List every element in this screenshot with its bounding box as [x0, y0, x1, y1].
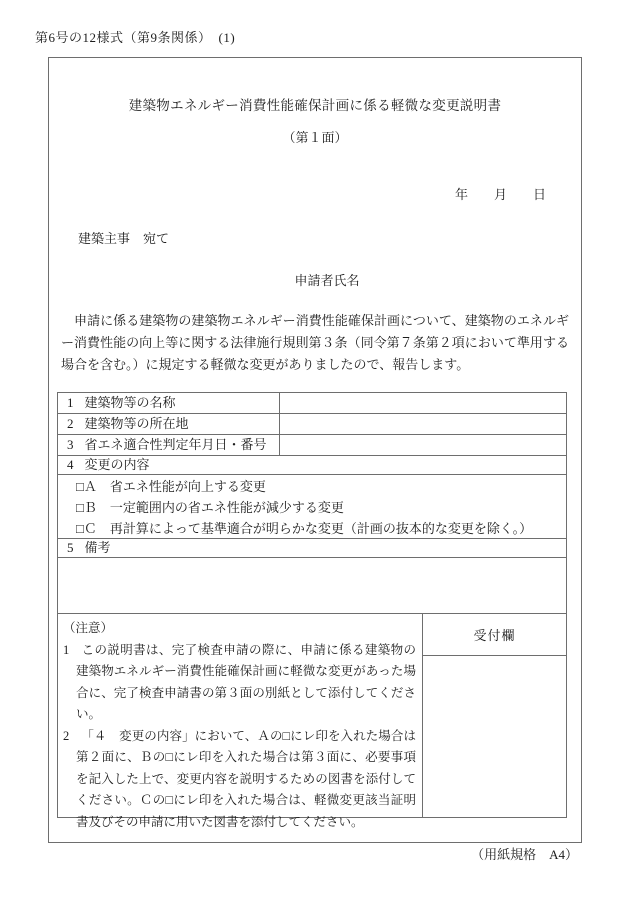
document-title: 建築物エネルギー消費性能確保計画に係る軽微な変更説明書 [49, 94, 581, 114]
checkbox-option-b[interactable]: □Ｂ一定範囲内の省エネ性能が減少する変更 [76, 497, 532, 518]
reception-label: 受付欄 [423, 614, 566, 656]
option-label: 省エネ性能が向上する変更 [110, 479, 266, 494]
table-row-building-location: 2建築物等の所在地 [58, 414, 566, 435]
notes-heading: （注意） [63, 618, 416, 640]
document-page: 第6号の12様式（第9条関係） (1) 建築物エネルギー消費性能確保計画に係る軽… [0, 0, 630, 903]
table-row-remarks-header: 5備考 [58, 539, 566, 558]
addressee-label: 建築主事 宛て [78, 228, 581, 247]
document-border: 建築物エネルギー消費性能確保計画に係る軽微な変更説明書 （第１面） 年 月 日 … [48, 57, 582, 843]
note-item-2: 2「４ 変更の内容」において、Ａの□にレ印を入れた場合は第２面に、Ｂの□にレ印を… [63, 726, 416, 834]
table-row-notes: （注意） 1この説明書は、完了検査申請の際に、申請に係る建築物の建築物エネルギー… [58, 614, 566, 817]
row-label-building-name: 1建築物等の名称 [58, 393, 280, 413]
row-label-text: 建築物等の名称 [85, 395, 176, 410]
paper-size-note: （用紙規格 A4） [471, 844, 578, 863]
note-text: この説明書は、完了検査申請の際に、申請に係る建築物の建築物エネルギー消費性能確保… [76, 643, 416, 722]
main-table: 1建築物等の名称 2建築物等の所在地 3省エネ適合性判定年月日・番号 4変更の内… [57, 392, 567, 818]
row-number: 4 [67, 456, 74, 474]
row-number: 3 [67, 435, 74, 455]
row-number: 2 [67, 414, 74, 434]
page-face-label: （第１面） [49, 127, 581, 146]
table-row-change-content-header: 4変更の内容 [58, 456, 566, 475]
row-label-text: 備考 [85, 540, 111, 555]
reception-stamp-area [423, 656, 566, 817]
applicant-name-label: 申請者氏名 [49, 270, 581, 289]
table-row-remarks-field [58, 558, 566, 614]
note-item-1: 1この説明書は、完了検査申請の際に、申請に係る建築物の建築物エネルギー消費性能確… [63, 640, 416, 726]
checkbox-icon[interactable]: □ [76, 500, 84, 515]
date-line: 年 月 日 [49, 184, 581, 203]
intro-paragraph: 申請に係る建築物の建築物エネルギー消費性能確保計画について、建築物のエネルギー消… [61, 310, 569, 376]
option-key: Ｂ [84, 500, 97, 515]
table-row-building-name: 1建築物等の名称 [58, 393, 566, 414]
building-location-field[interactable] [280, 414, 566, 434]
row-label-building-location: 2建築物等の所在地 [58, 414, 280, 434]
option-key: Ａ [84, 479, 97, 494]
judgement-date-number-field[interactable] [280, 435, 566, 455]
notes-cell: （注意） 1この説明書は、完了検査申請の際に、申請に係る建築物の建築物エネルギー… [58, 614, 423, 817]
remarks-header: 5備考 [58, 539, 111, 557]
row-number: 5 [67, 539, 74, 557]
option-label: 一定範囲内の省エネ性能が減少する変更 [110, 500, 344, 515]
option-key: Ｃ [84, 521, 97, 536]
table-row-judgement-date-number: 3省エネ適合性判定年月日・番号 [58, 435, 566, 456]
row-label-text: 省エネ適合性判定年月日・番号 [85, 437, 267, 452]
checkbox-icon[interactable]: □ [76, 479, 84, 494]
checkbox-option-a[interactable]: □Ａ省エネ性能が向上する変更 [76, 476, 532, 497]
change-options-block: □Ａ省エネ性能が向上する変更 □Ｂ一定範囲内の省エネ性能が減少する変更 □Ｃ再計… [58, 475, 566, 539]
row-label-text: 変更の内容 [85, 457, 150, 472]
reception-column: 受付欄 [423, 614, 566, 817]
option-label: 再計算によって基準適合が明らかな変更（計画の抜本的な変更を除く。） [110, 521, 532, 536]
note-number: 2 [63, 729, 69, 743]
row-label-judgement-date-number: 3省エネ適合性判定年月日・番号 [58, 435, 280, 455]
row-label-text: 建築物等の所在地 [85, 416, 189, 431]
building-name-field[interactable] [280, 393, 566, 413]
note-text: 「４ 変更の内容」において、Ａの□にレ印を入れた場合は第２面に、Ｂの□にレ印を入… [76, 729, 416, 829]
note-number: 1 [63, 643, 69, 657]
checkbox-icon[interactable]: □ [76, 521, 84, 536]
form-number-label: 第6号の12様式（第9条関係） (1) [35, 27, 235, 46]
change-content-header: 4変更の内容 [58, 456, 150, 474]
row-number: 1 [67, 393, 74, 413]
checkbox-option-c[interactable]: □Ｃ再計算によって基準適合が明らかな変更（計画の抜本的な変更を除く。） [76, 518, 532, 539]
remarks-field[interactable] [58, 558, 566, 613]
